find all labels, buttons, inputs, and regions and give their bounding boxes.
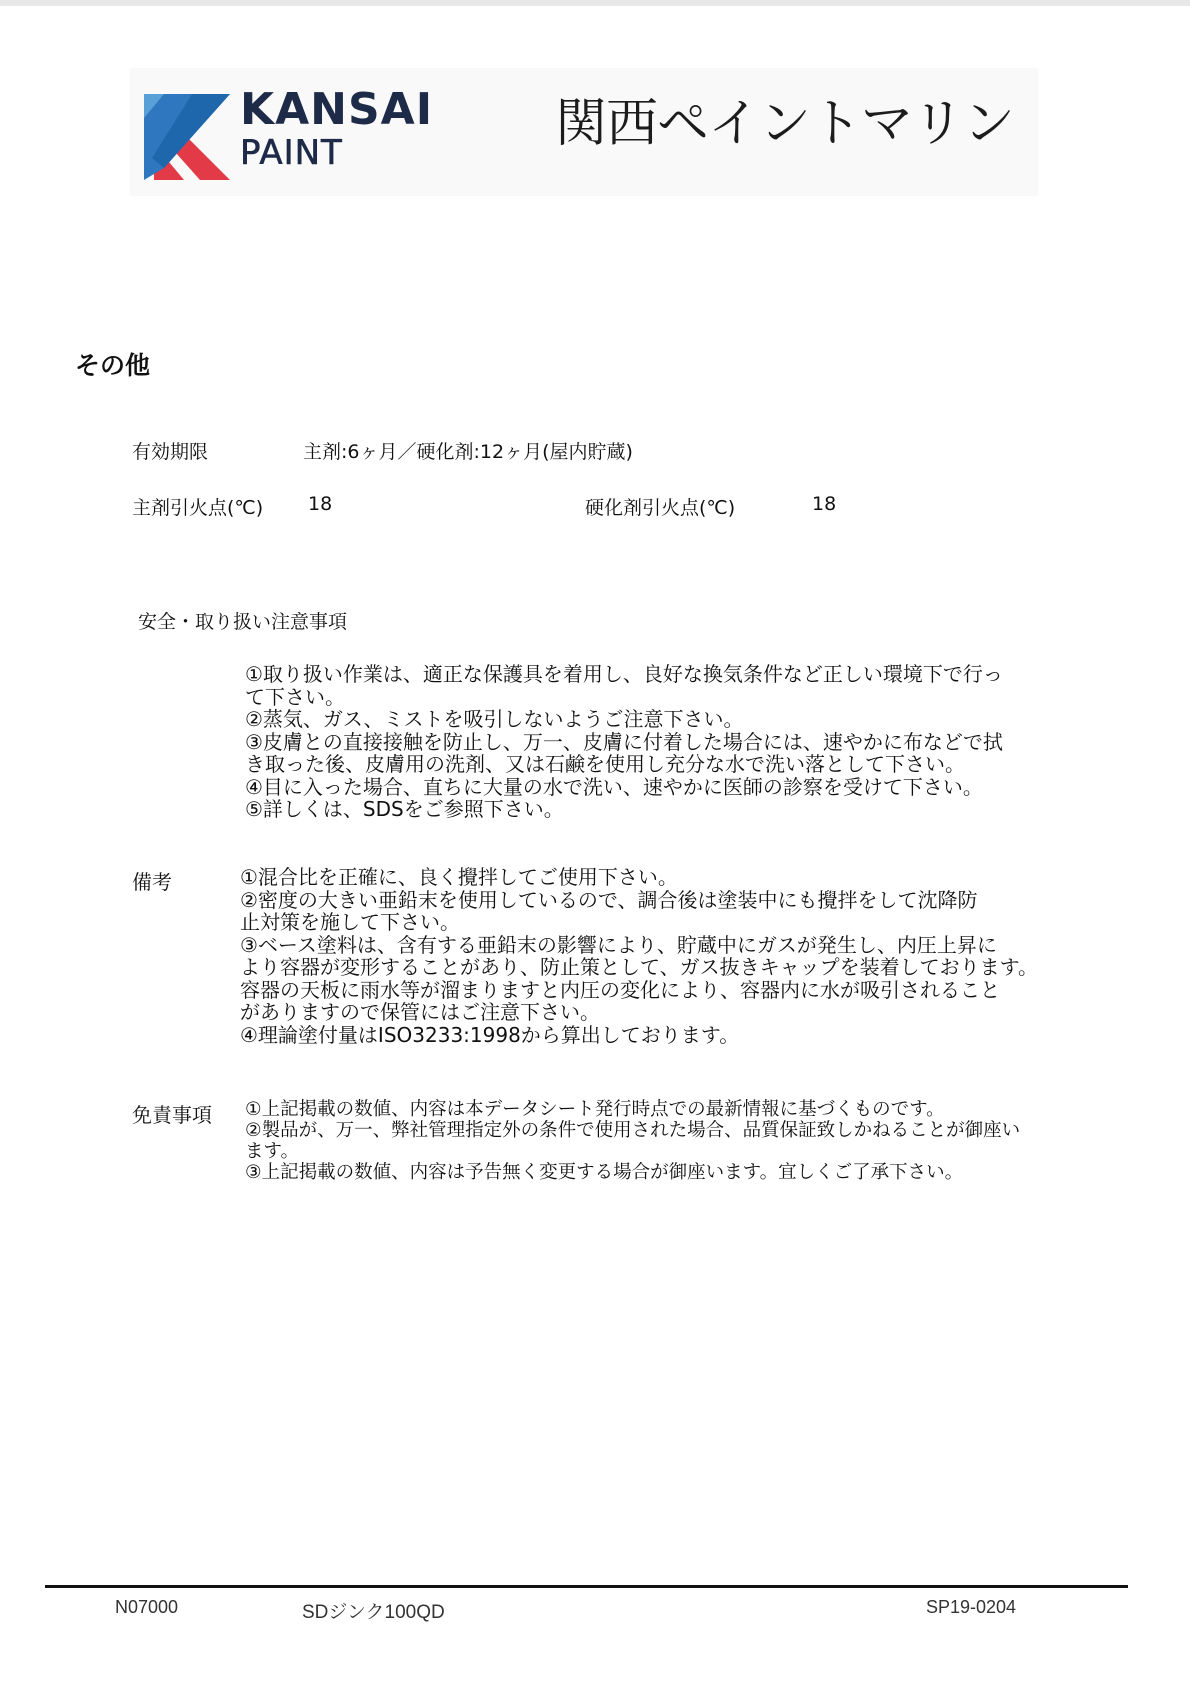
safety-line: ②蒸気、ガス、ミストを吸引しないようご注意下さい。: [245, 708, 1003, 731]
section-title: その他: [75, 346, 150, 382]
footer-doc-number: SP19-0204: [926, 1597, 1016, 1618]
remarks-line: ③ベース塗料は、含有する亜鉛末の影響により、貯蔵中にガスが発生し、内圧上昇に: [240, 934, 1038, 957]
safety-line: ①取り扱い作業は、適正な保護具を着用し、良好な換気条件など正しい環境下で行っ: [245, 663, 1003, 686]
disclaimer-list: ①上記掲載の数値、内容は本データシート発行時点での最新情報に基づくものです。 ②…: [245, 1099, 1020, 1183]
brand-name-japanese: 関西ペイントマリン: [555, 98, 1014, 150]
remarks-label: 備考: [132, 866, 172, 895]
flash-point-hardener-value: 18: [812, 493, 836, 515]
flash-point-hardener-label: 硬化剤引火点(℃): [585, 493, 735, 520]
brand-line-kansai: KANSAI: [240, 88, 433, 132]
flash-point-main-label: 主剤引火点(℃): [132, 493, 263, 520]
safety-heading: 安全・取り扱い注意事項: [138, 607, 347, 634]
expiry-label: 有効期限: [132, 437, 208, 464]
disclaimer-line: ③上記掲載の数値、内容は予告無く変更する場合が御座います。宜しくご了承下さい。: [245, 1162, 1020, 1183]
safety-list: ①取り扱い作業は、適正な保護具を着用し、良好な換気条件など正しい環境下で行っ て…: [245, 663, 1003, 821]
disclaimer-line: ①上記掲載の数値、内容は本データシート発行時点での最新情報に基づくものです。: [245, 1099, 1020, 1120]
safety-line: て下さい。: [245, 686, 1003, 709]
brand-line-paint: PAINT: [240, 136, 433, 170]
disclaimer-label: 免責事項: [132, 1099, 212, 1128]
disclaimer-line: ②製品が、万一、弊社管理指定外の条件で使用された場合、品質保証致しかねることが御…: [245, 1120, 1020, 1141]
remarks-line: がありますので保管にはご注意下さい。: [240, 1001, 1038, 1024]
footer-code: N07000: [115, 1597, 178, 1618]
brand-name-english: KANSAI PAINT: [240, 88, 433, 170]
kansai-logo-icon: [144, 88, 230, 180]
page-top-edge: [0, 0, 1190, 6]
safety-line: ⑤詳しくは、SDSをご参照下さい。: [245, 798, 1003, 821]
safety-line: ③皮膚との直接接触を防止し、万一、皮膚に付着した場合には、速やかに布などで拭: [245, 731, 1003, 754]
remarks-line: ②密度の大きい亜鉛末を使用しているので、調合後は塗装中にも攪拌をして沈降防: [240, 889, 1038, 912]
disclaimer-line: ます。: [245, 1141, 1020, 1162]
safety-line: き取った後、皮膚用の洗剤、又は石鹸を使用し充分な水で洗い落として下さい。: [245, 753, 1003, 776]
safety-line: ④目に入った場合、直ちに大量の水で洗い、速やかに医師の診察を受けて下さい。: [245, 776, 1003, 799]
flash-point-main-value: 18: [308, 493, 332, 515]
footer-divider: [45, 1585, 1128, 1588]
expiry-value: 主剤:6ヶ月／硬化剤:12ヶ月(屋内貯蔵): [303, 437, 633, 464]
remarks-line: 容器の天板に雨水等が溜まりますと内圧の変化により、容器内に水が吸引されること: [240, 979, 1038, 1002]
remarks-line: ④理論塗付量はISO3233:1998から算出しております。: [240, 1024, 1038, 1047]
header-logo-banner: KANSAI PAINT 関西ペイントマリン: [130, 68, 1038, 196]
remarks-line: より容器が変形することがあり、防止策として、ガス抜きキャップを装着しております。: [240, 956, 1038, 979]
remarks-list: ①混合比を正確に、良く攪拌してご使用下さい。 ②密度の大きい亜鉛末を使用している…: [240, 866, 1038, 1046]
footer-product-name: SDジンク100QD: [302, 1597, 445, 1624]
remarks-line: ①混合比を正確に、良く攪拌してご使用下さい。: [240, 866, 1038, 889]
remarks-line: 止対策を施して下さい。: [240, 911, 1038, 934]
